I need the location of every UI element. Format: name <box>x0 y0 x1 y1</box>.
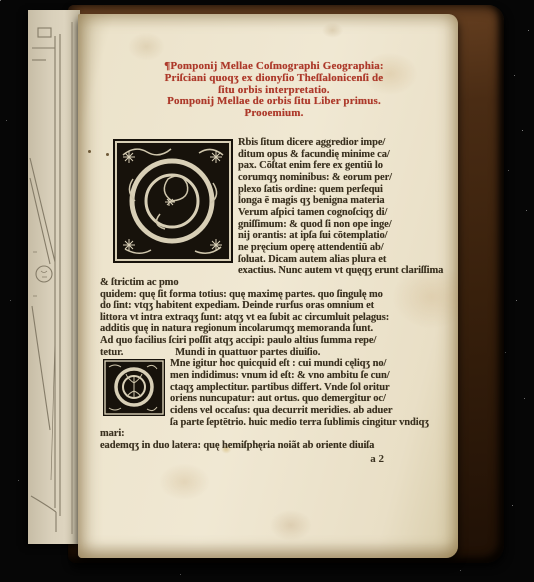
printed-text-block: ¶Pomponij Mellae Coſmographi Geographia:… <box>100 14 448 465</box>
paragraph-text: exactius. Nunc autem vt quęqʒ erunt clar… <box>100 265 443 358</box>
map-woodcut-fragment <box>28 10 80 544</box>
photograph-of-incunable-book: ¶Pomponij Mellae Coſmographi Geographia:… <box>0 0 534 582</box>
dust-speckles <box>0 0 1 1</box>
opening-paragraph: Rbis ſitum dicere aggredior impe/ ditum … <box>100 137 448 358</box>
second-paragraph: Mne igitur hoc quicquid eſt : cui mundi … <box>100 358 448 451</box>
book-page: ¶Pomponij Mellae Coſmographi Geographia:… <box>78 14 458 558</box>
paragraph-text: Rbis ſitum dicere aggredior impe/ ditum … <box>238 137 392 265</box>
paragraph-text: ſa parte ſeptētrio. huic medio terra ſub… <box>100 417 429 451</box>
wormhole <box>88 150 91 153</box>
paragraph-text: Mne igitur hoc quicquid eſt : cui mundi … <box>170 358 392 416</box>
rubricated-title: ¶Pomponij Mellae Coſmographi Geographia:… <box>100 61 448 120</box>
facing-leaf-edge <box>28 10 80 544</box>
decorated-initial-O-small <box>103 359 165 416</box>
decorated-initial-O-large <box>113 139 233 263</box>
signature-mark: a 2 <box>100 453 448 465</box>
